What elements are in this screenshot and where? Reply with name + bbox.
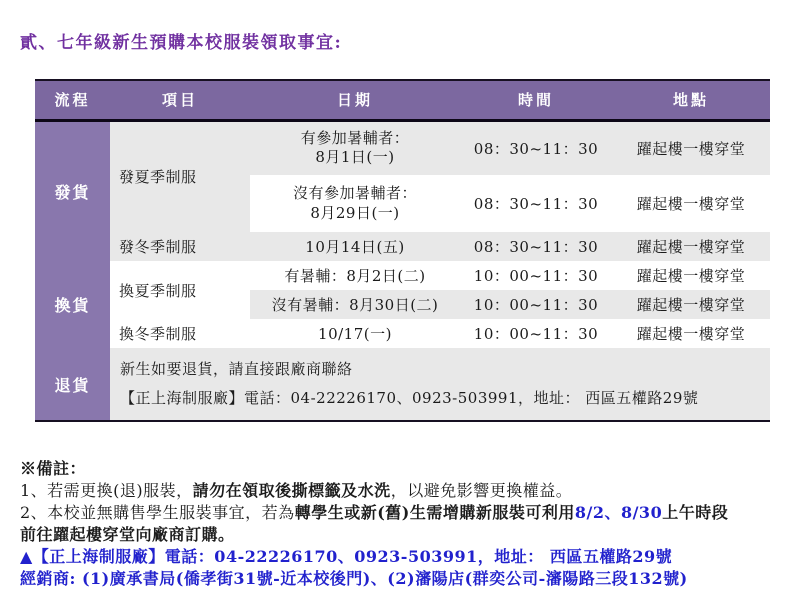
place-cell: 躍起樓一樓穿堂: [612, 319, 770, 348]
col-header-process: 流程: [35, 80, 110, 120]
note-2-continuation: 前往躍起樓穿堂向廠商訂購。: [20, 524, 785, 546]
time-cell: 08：30~11：30: [460, 120, 612, 175]
table-row: 發冬季制服 10月14日(五) 08：30~11：30 躍起樓一樓穿堂: [35, 232, 770, 261]
col-header-time: 時間: [460, 80, 612, 120]
table-row: 換冬季制服 10/17(一) 10：00~11：30 躍起樓一樓穿堂: [35, 319, 770, 348]
note-1: 1、若需更換(退)服裝，請勿在領取後撕標籤及水洗，以避免影響更換權益。: [20, 480, 785, 502]
time-cell: 08：30~11：30: [460, 175, 612, 232]
table-row-return: 退貨 新生如要退貨，請直接跟廠商聯絡 【正上海制服廠】電話：04-2222617…: [35, 348, 770, 421]
note-2: 2、本校並無購售學生服裝事宜，若為轉學生或新(舊)生需增購新服裝可利用8/2、8…: [20, 502, 785, 524]
process-cell-exchange: 換貨: [35, 261, 110, 348]
notice-page: 貳、七年級新生預購本校服裝領取事宜: 流程 項目 日期 時間 地點 發貨 發夏季…: [0, 0, 800, 600]
note-2-pre: 2、本校並無購售學生服裝事宜，若為: [20, 503, 295, 522]
note-2-emphasis: 轉學生或新(舊)生需增購新服裝可利用: [295, 503, 575, 522]
return-line-1: 新生如要退貨，請直接跟廠商聯絡: [120, 355, 768, 384]
place-cell: 躍起樓一樓穿堂: [612, 290, 770, 319]
notes-section: ※備註： 1、若需更換(退)服裝，請勿在領取後撕標籤及水洗，以避免影響更換權益。…: [20, 458, 785, 590]
date-line-2: 8月29日(一): [252, 204, 458, 224]
dealer-list: 經銷商: (1)廣承書局(僑孝街31號-近本校後門)、(2)瀋陽店(群奕公司-瀋…: [20, 568, 785, 590]
note-2-dates: 8/2、8/30: [575, 503, 662, 522]
col-header-date: 日期: [250, 80, 460, 120]
item-cell-ship-winter: 發冬季制服: [110, 232, 250, 261]
time-cell: 08：30~11：30: [460, 232, 612, 261]
date-cell: 10/17(一): [250, 319, 460, 348]
table-row: 換貨 換夏季制服 有暑輔：8月2日(二) 10：00~11：30 躍起樓一樓穿堂: [35, 261, 770, 290]
note-2-time: 上午時段: [662, 503, 728, 522]
date-cell: 沒有參加暑輔者： 8月29日(一): [250, 175, 460, 232]
return-info-cell: 新生如要退貨，請直接跟廠商聯絡 【正上海制服廠】電話：04-22226170、0…: [110, 348, 770, 421]
note-1-pre: 1、若需更換(退)服裝，: [20, 481, 193, 500]
item-cell-exchange-summer: 換夏季制服: [110, 261, 250, 319]
date-cell: 10月14日(五): [250, 232, 460, 261]
time-cell: 10：00~11：30: [460, 261, 612, 290]
table-header-row: 流程 項目 日期 時間 地點: [35, 80, 770, 120]
col-header-place: 地點: [612, 80, 770, 120]
place-cell: 躍起樓一樓穿堂: [612, 120, 770, 175]
col-header-item: 項目: [110, 80, 250, 120]
notes-header: ※備註：: [20, 458, 785, 480]
date-cell: 沒有暑輔：8月30日(二): [250, 290, 460, 319]
date-line-1: 有參加暑輔者：: [252, 129, 458, 149]
place-cell: 躍起樓一樓穿堂: [612, 232, 770, 261]
place-cell: 躍起樓一樓穿堂: [612, 261, 770, 290]
return-line-2: 【正上海制服廠】電話：04-22226170、0923-503991，地址： 西…: [120, 384, 768, 413]
vendor-contact: ▲【正上海制服廠】電話：04-22226170、0923-503991，地址： …: [20, 546, 785, 568]
item-cell-exchange-winter: 換冬季制服: [110, 319, 250, 348]
item-cell-ship-summer: 發夏季制服: [110, 120, 250, 232]
uniform-pickup-table: 流程 項目 日期 時間 地點 發貨 發夏季制服 有參加暑輔者： 8月1日(一) …: [35, 79, 770, 422]
date-line-2: 8月1日(一): [252, 148, 458, 168]
page-title: 貳、七年級新生預購本校服裝領取事宜:: [20, 28, 800, 53]
process-cell-return: 退貨: [35, 348, 110, 421]
note-1-post: ，以避免影響更換權益。: [391, 481, 573, 500]
table-row: 發貨 發夏季制服 有參加暑輔者： 8月1日(一) 08：30~11：30 躍起樓…: [35, 120, 770, 175]
date-line-1: 沒有參加暑輔者：: [252, 184, 458, 204]
date-cell: 有暑輔：8月2日(二): [250, 261, 460, 290]
place-cell: 躍起樓一樓穿堂: [612, 175, 770, 232]
date-cell: 有參加暑輔者： 8月1日(一): [250, 120, 460, 175]
time-cell: 10：00~11：30: [460, 290, 612, 319]
process-cell-ship: 發貨: [35, 120, 110, 261]
note-1-warning: 請勿在領取後撕標籤及水洗: [193, 481, 391, 500]
time-cell: 10：00~11：30: [460, 319, 612, 348]
